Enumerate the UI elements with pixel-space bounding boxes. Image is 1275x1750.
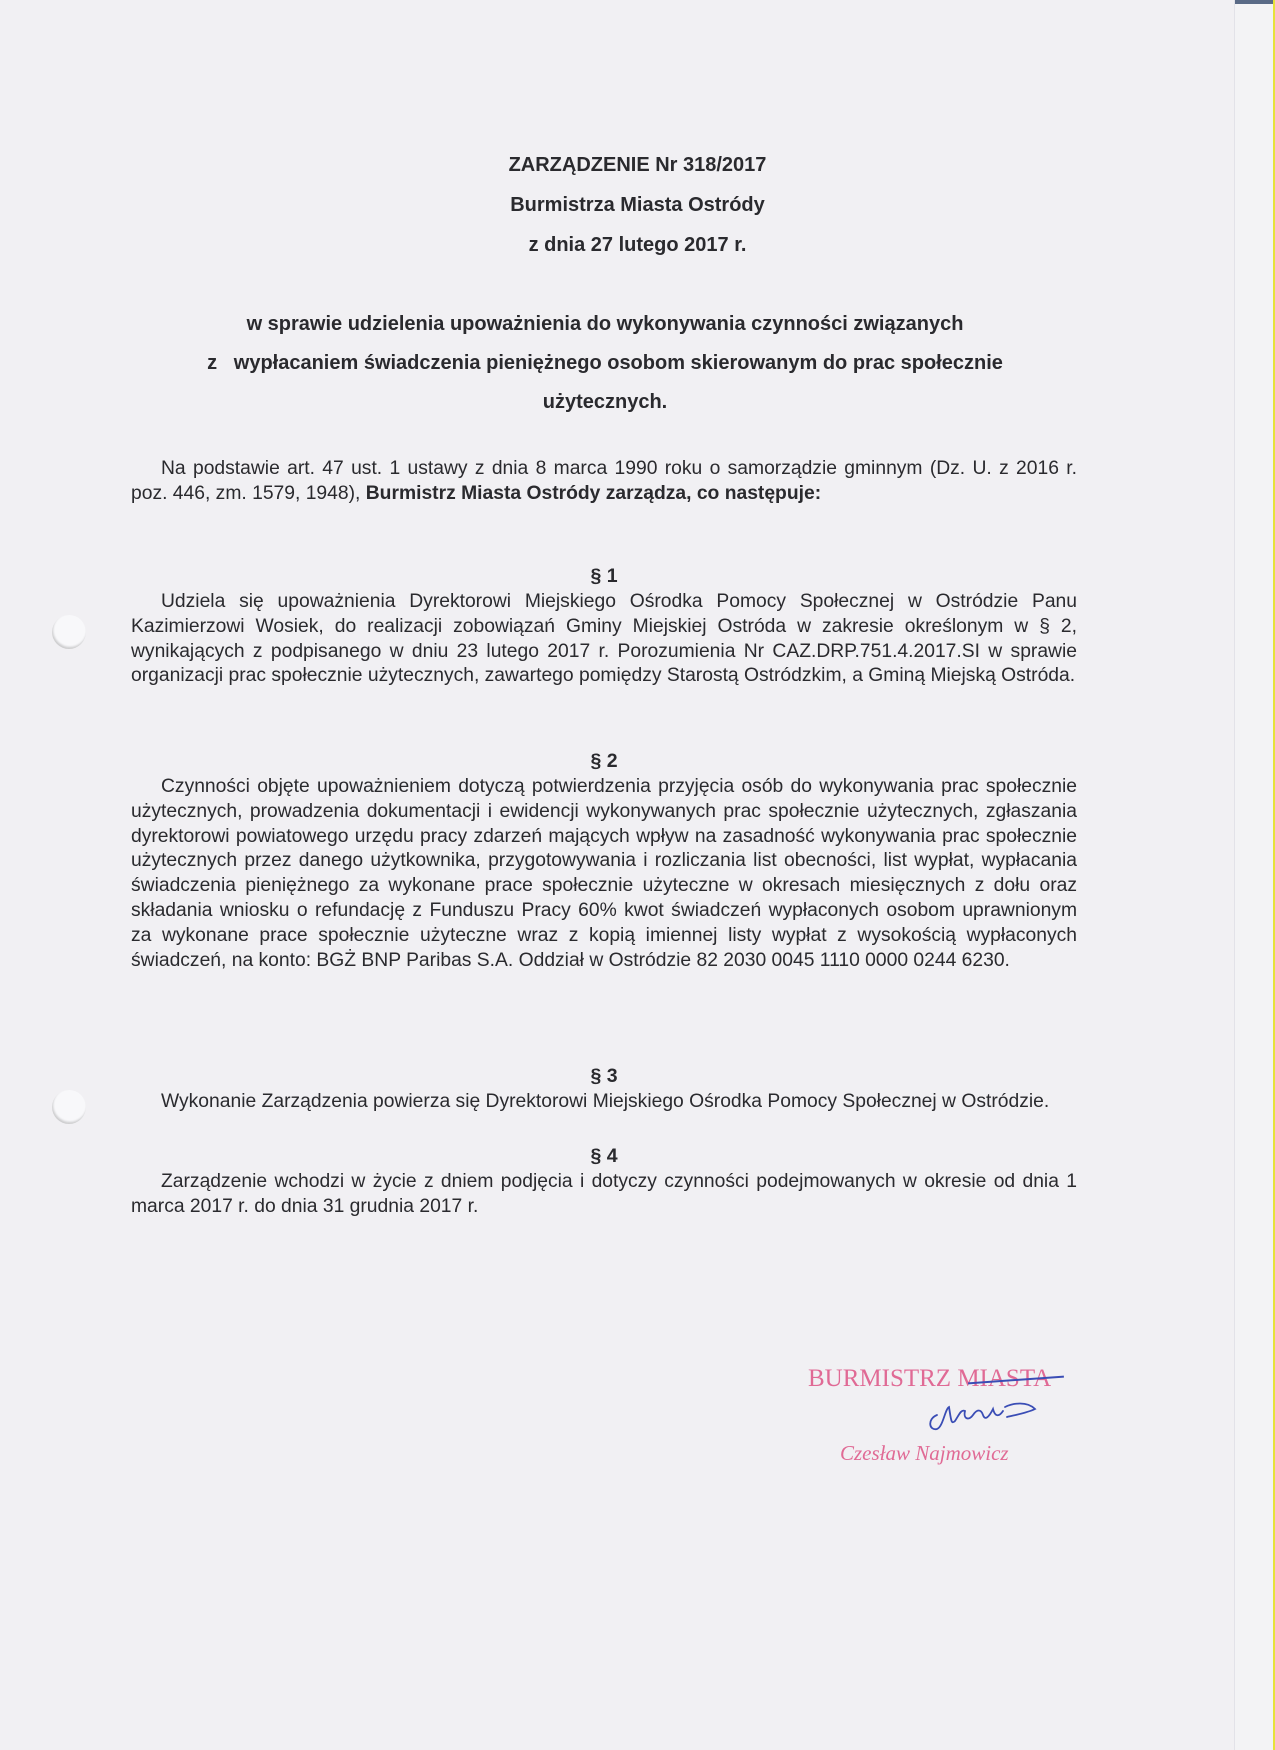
section-text-3: Wykonanie Zarządzenia powierza się Dyrek… (131, 1090, 1077, 1115)
section-mark-4: § 4 (131, 1145, 1077, 1168)
preamble-bold: Burmistrz Miasta Ostródy zarządza, co na… (366, 483, 821, 504)
section-mark-3: § 3 (131, 1065, 1077, 1088)
subject-line: użytecznych. (130, 383, 1080, 422)
subject-line: z wypłacaniem świadczenia pieniężnego os… (130, 344, 1080, 383)
section-text-1: Udziela się upoważnienia Dyrektorowi Mie… (131, 590, 1077, 689)
signature-stamp: BURMISTRZ MIASTA Czesław Najmowicz (808, 1365, 1088, 1393)
section-mark-2: § 2 (131, 750, 1077, 773)
handwritten-signature-icon (923, 1395, 1053, 1437)
section-mark-1: § 1 (131, 565, 1077, 588)
punch-hole-icon (52, 615, 86, 649)
ordinance-title: ZARZĄDZENIE Nr 318/2017 (0, 145, 1275, 185)
signatory-name: Czesław Najmowicz (840, 1441, 1009, 1466)
subject-line: w sprawie udzielenia upoważnienia do wyk… (130, 305, 1080, 344)
section-text-2: Czynności objęte upoważnieniem dotyczą p… (131, 775, 1077, 973)
document-header: ZARZĄDZENIE Nr 318/2017 Burmistrza Miast… (0, 145, 1275, 265)
section-text-4: Zarządzenie wchodzi w życie z dniem podj… (131, 1170, 1077, 1220)
scan-edge-strip (1235, 0, 1275, 4)
preamble: Na podstawie art. 47 ust. 1 ustawy z dni… (131, 457, 1077, 507)
ordinance-issuer: Burmistrza Miasta Ostródy (0, 185, 1275, 225)
ordinance-subject: w sprawie udzielenia upoważnienia do wyk… (130, 305, 1080, 422)
ordinance-date: z dnia 27 lutego 2017 r. (0, 225, 1275, 265)
punch-hole-icon (52, 1090, 86, 1124)
stamp-title: BURMISTRZ MIASTA (808, 1365, 1088, 1393)
